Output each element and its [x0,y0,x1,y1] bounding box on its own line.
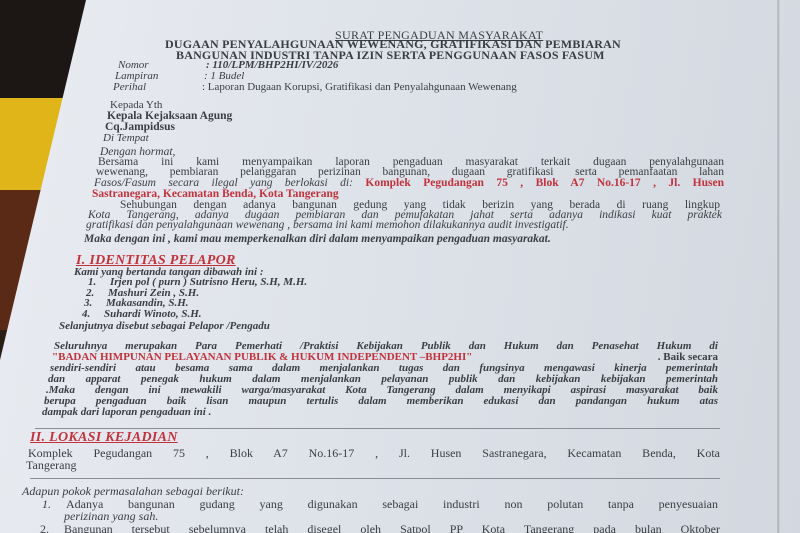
divider [35,428,720,429]
issue-1-number: 1. [42,497,51,512]
divider [30,478,720,479]
reporter-names-list: 1.Irjen pol ( purn ) Sutrisno Heru, S.H,… [88,277,307,319]
meta-value-perihal: : Laporan Dugaan Korupsi, Gratifikasi da… [202,81,517,93]
issue-2-number: 2. [40,522,49,533]
paragraph2-line-3: gratifikasi dan penyalahgunaan wewenang … [86,219,569,231]
section-2-heading: II. LOKASI KEJADIAN [30,430,178,446]
intro-statement: Maka dengan ini , kami mau memperkenalka… [84,233,551,245]
issue-2-line-1: Bangunan tersebut sebelumnya telah diseg… [64,522,720,533]
section-2-address-line-2: Tangerang [26,458,76,473]
intro-location-red: Komplek Pegudangan 75 , Blok A7 No.16-17… [365,177,724,189]
reporter-item: 4.Suhardi Winoto, S.H. [82,309,307,320]
section-1-closing: Selanjutnya disebut sebagai Pelapor /Pen… [59,320,270,332]
section-1-para-line-7: dampak dari laporan pengaduan ini . [42,406,211,418]
issue-1-line-1: Adanya bangunan gudang yang digunakan se… [66,497,718,512]
document: SURAT PENGADUAN MASYARAKAT DUGAAN PENYAL… [0,0,800,533]
meta-label-perihal: Perihal [113,81,146,93]
section-2-address-line-1: Komplek Pegudangan 75 , Blok A7 No.16-17… [28,446,720,461]
recipient-place: Di Tempat [103,132,149,144]
